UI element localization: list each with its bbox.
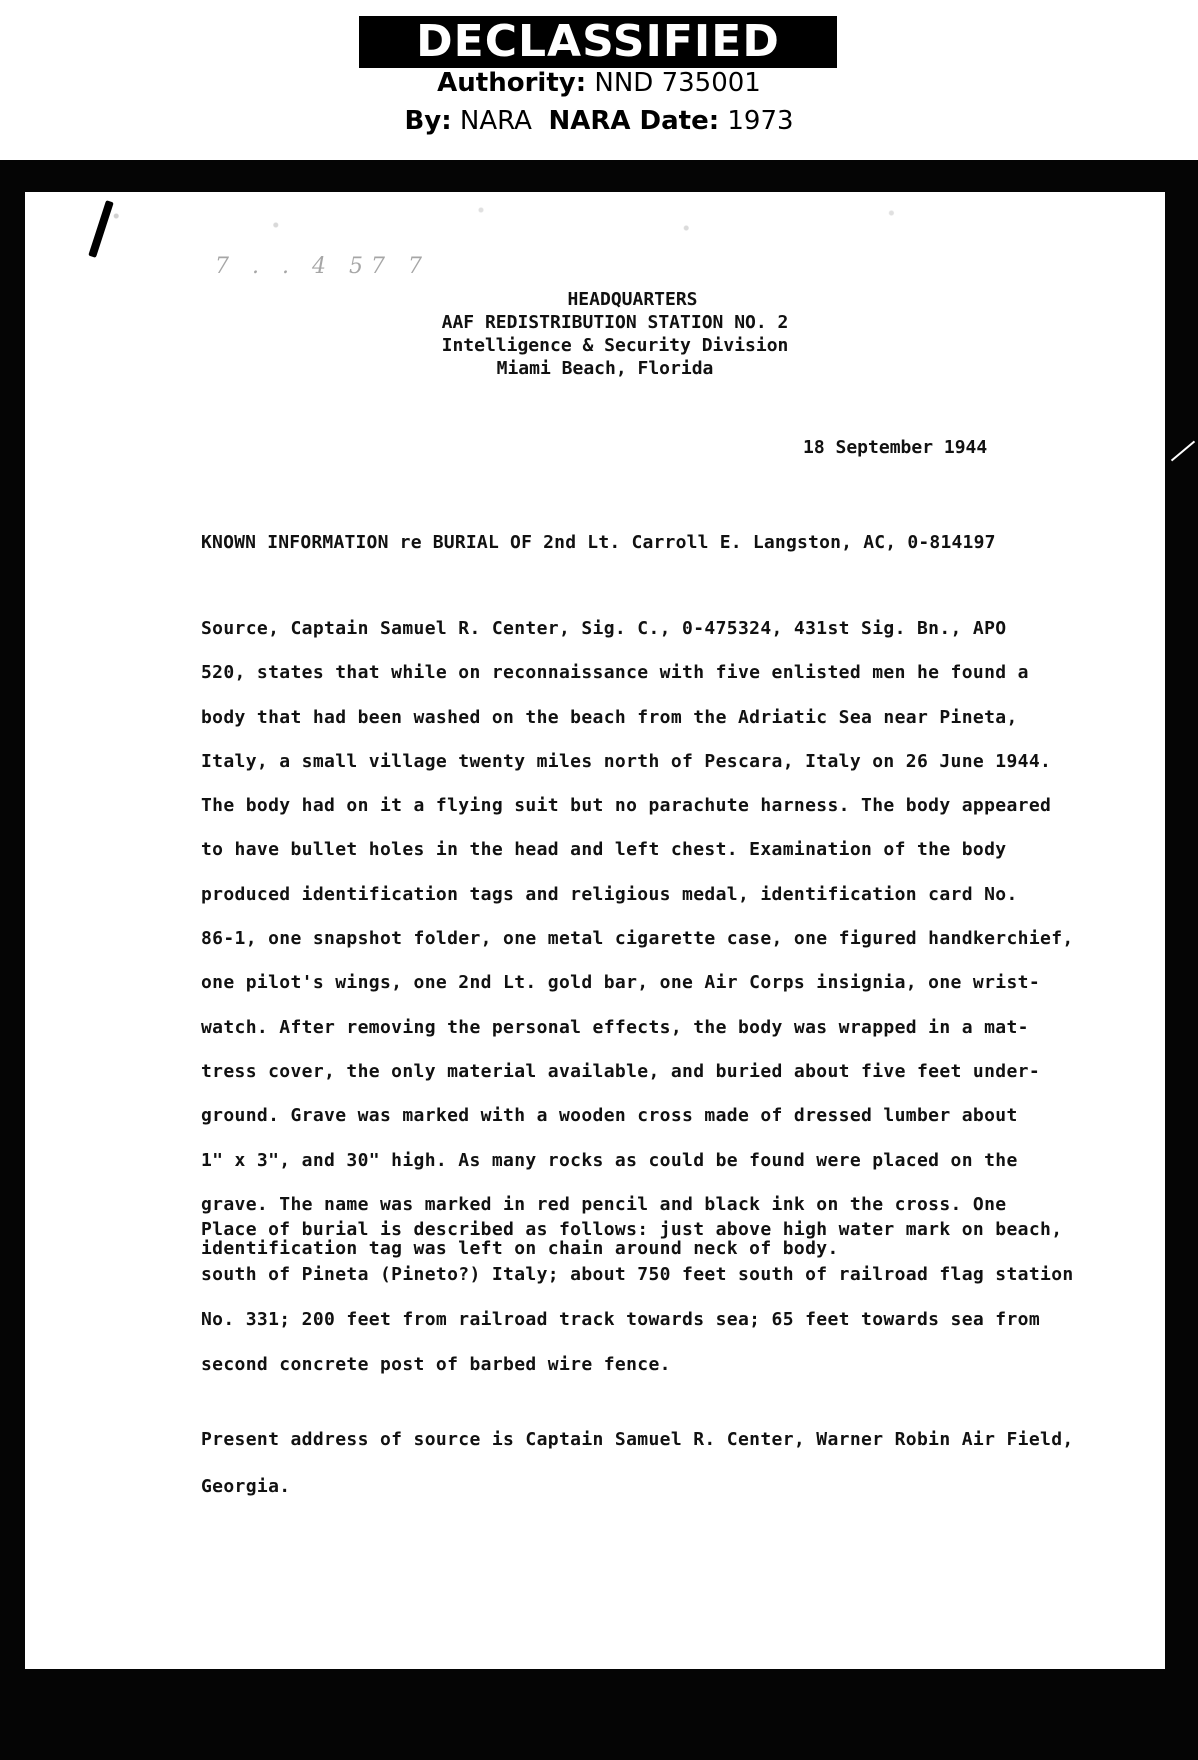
scanned-page-frame: 7 . . 4 57 7 HEADQUARTERS AAF REDISTRIBU… <box>0 160 1198 1760</box>
letterhead-line: HEADQUARTERS <box>25 288 1165 311</box>
text-line: 1" x 3", and 30" high. As many rocks as … <box>201 1139 1136 1183</box>
text-line: second concrete post of barbed wire fenc… <box>201 1342 1136 1387</box>
text-line: body that had been washed on the beach f… <box>201 696 1136 740</box>
letterhead-line: Intelligence & Security Division <box>25 334 1165 357</box>
text-line: tress cover, the only material available… <box>201 1050 1136 1094</box>
letterhead: HEADQUARTERS AAF REDISTRIBUTION STATION … <box>25 288 1165 380</box>
scan-speckle-noise <box>25 192 1165 252</box>
text-line: south of Pineta (Pineto?) Italy; about 7… <box>201 1252 1136 1297</box>
text-line: No. 331; 200 feet from railroad track to… <box>201 1297 1136 1342</box>
text-line: 86-1, one snapshot folder, one metal cig… <box>201 917 1136 961</box>
text-line: to have bullet holes in the head and lef… <box>201 828 1136 872</box>
faint-handwritten-note: 7 . . 4 57 7 <box>215 254 430 279</box>
by-line: By: NARA NARA Date: 1973 <box>0 106 1198 136</box>
nara-date-value: 1973 <box>727 106 793 136</box>
letterhead-line: AAF REDISTRIBUTION STATION NO. 2 <box>25 311 1165 334</box>
document-date: 18 September 1944 <box>803 437 987 458</box>
text-line: ground. Grave was marked with a wooden c… <box>201 1094 1136 1138</box>
text-line: 520, states that while on reconnaissance… <box>201 651 1136 695</box>
document-page: 7 . . 4 57 7 HEADQUARTERS AAF REDISTRIBU… <box>25 192 1165 1669</box>
text-line: Place of burial is described as follows:… <box>201 1207 1136 1252</box>
text-line: produced identification tags and religio… <box>201 873 1136 917</box>
by-value: NARA <box>460 106 532 136</box>
declassification-header: DECLASSIFIED Authority: NND 735001 By: N… <box>0 0 1198 160</box>
body-paragraph-source-address: Present address of source is Captain Sam… <box>201 1416 1136 1510</box>
text-line: Present address of source is Captain Sam… <box>201 1416 1136 1463</box>
text-line: one pilot's wings, one 2nd Lt. gold bar,… <box>201 961 1136 1005</box>
body-paragraph-source-account: Source, Captain Samuel R. Center, Sig. C… <box>201 607 1136 1271</box>
text-line: Italy, a small village twenty miles nort… <box>201 740 1136 784</box>
body-paragraph-burial-place: Place of burial is described as follows:… <box>201 1207 1136 1387</box>
authority-value: NND 735001 <box>594 68 760 98</box>
subject-line: KNOWN INFORMATION re BURIAL OF 2nd Lt. C… <box>201 532 996 553</box>
by-label: By: <box>404 106 451 136</box>
scan-scratch-mark <box>1171 441 1195 462</box>
nara-date-label: NARA Date: <box>548 106 719 136</box>
text-line: The body had on it a flying suit but no … <box>201 784 1136 828</box>
declassified-banner: DECLASSIFIED <box>359 16 837 68</box>
text-line: Georgia. <box>201 1463 1136 1510</box>
text-line: Source, Captain Samuel R. Center, Sig. C… <box>201 607 1136 651</box>
authority-label: Authority: <box>437 68 586 98</box>
letterhead-line: Miami Beach, Florida <box>25 357 1165 380</box>
authority-line: Authority: NND 735001 <box>0 68 1198 98</box>
text-line: watch. After removing the personal effec… <box>201 1006 1136 1050</box>
